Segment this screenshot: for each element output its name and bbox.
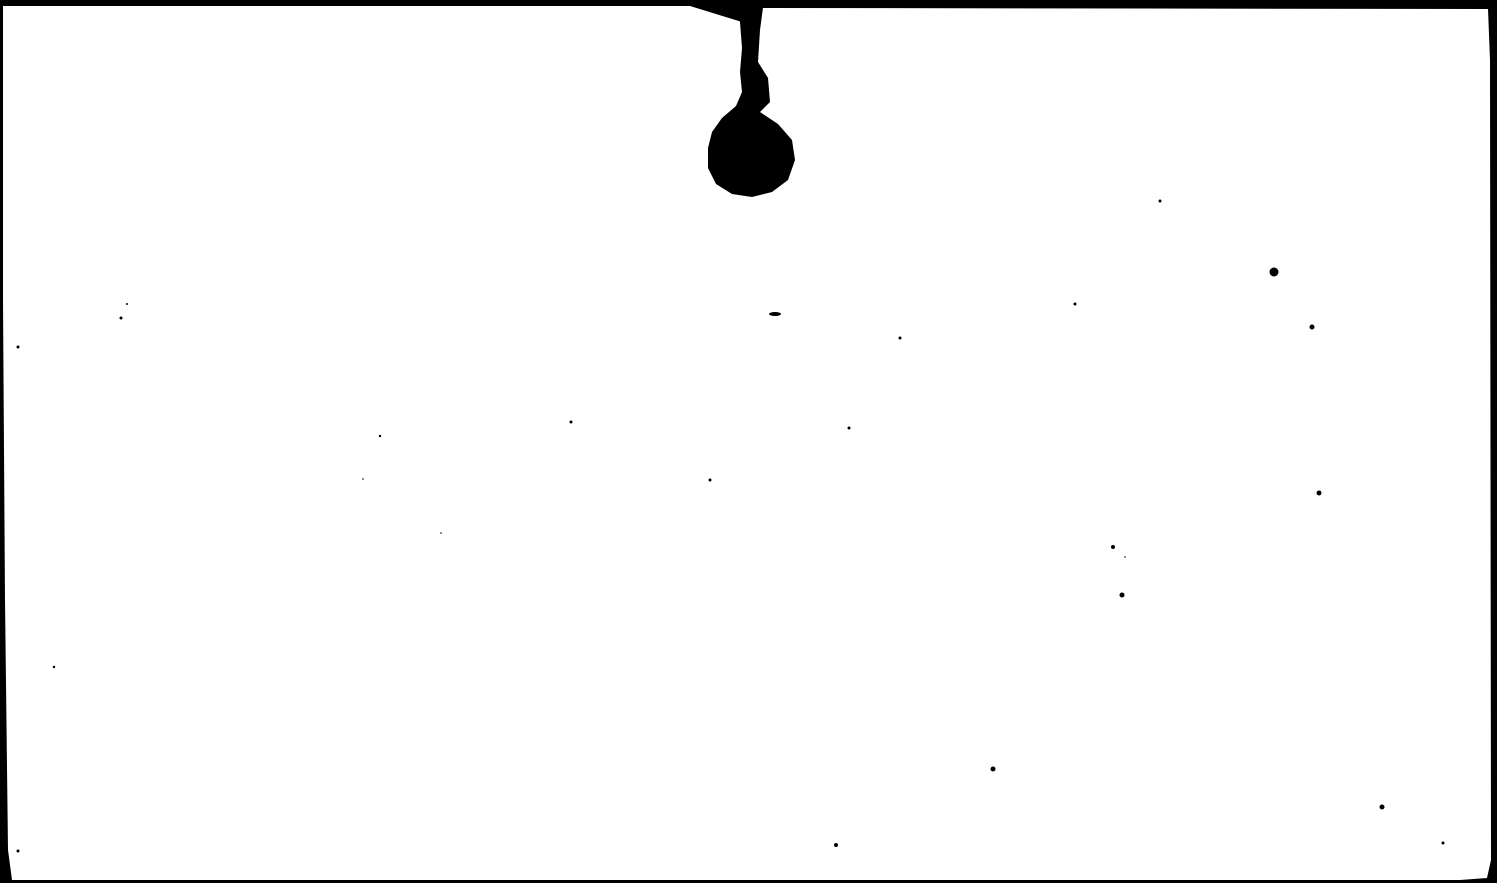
speck — [1310, 325, 1315, 330]
speck — [1120, 593, 1125, 598]
speck — [362, 478, 364, 480]
speck — [1317, 491, 1322, 496]
speck — [899, 337, 902, 340]
speck — [834, 843, 838, 847]
speck — [1442, 842, 1445, 845]
speck — [1111, 545, 1115, 549]
speck — [120, 317, 123, 320]
speck — [53, 666, 55, 668]
speck — [1074, 303, 1077, 306]
speck — [1270, 268, 1279, 277]
photo-scene — [0, 0, 1497, 883]
speck — [848, 427, 851, 430]
speck — [17, 850, 20, 853]
speck — [1380, 805, 1385, 810]
speck — [440, 532, 442, 534]
speck — [709, 479, 712, 482]
speck — [991, 767, 996, 772]
speck — [17, 346, 20, 349]
speck — [1124, 556, 1126, 558]
speck — [570, 421, 573, 424]
speck — [126, 303, 128, 305]
speck — [1159, 200, 1162, 203]
speck — [769, 312, 781, 316]
speck — [379, 435, 381, 437]
